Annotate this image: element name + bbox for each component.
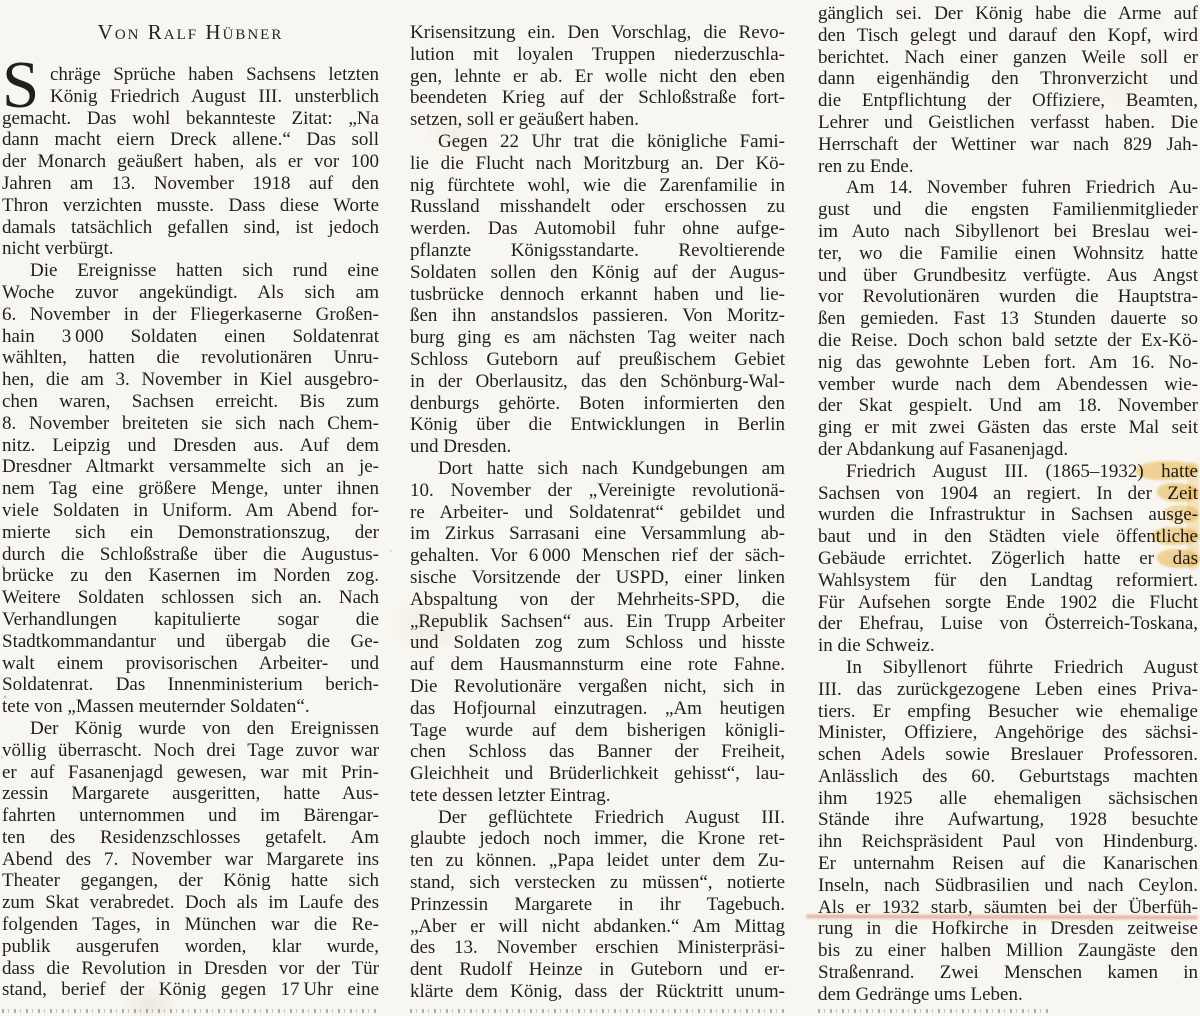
article-column-1: Von Ralf Hübner S chräge Sprüche haben S… bbox=[2, 16, 379, 1001]
text-line: tete dessen letzter Eintrag. bbox=[410, 785, 785, 807]
text-line: Gleichheit und Brüderlichkeit gehisst“, … bbox=[410, 763, 785, 785]
text-line: hen, die am 3. November in Kiel ausgebro… bbox=[2, 369, 379, 391]
text-line: berichtet. Nach einer ganzen Weile soll … bbox=[818, 47, 1198, 69]
text-line: und über Grundbesitz verfügte. Aus Angst bbox=[818, 265, 1198, 287]
text-line: Soldatenrat. Das Innenministerium berich… bbox=[2, 674, 379, 696]
text-line: König über die Entwicklungen in Berlin bbox=[410, 414, 785, 436]
text-line: damals tatsächlich gefallen sind, ist je… bbox=[2, 217, 379, 239]
text-line: Sachsen von 1904 an regiert. In der Zeit bbox=[818, 483, 1198, 505]
text-line: Dresdner Altmarkt versammelte sich an je… bbox=[2, 456, 379, 478]
text-line: Abend des 7. November war Margarete ins bbox=[2, 849, 379, 871]
article-column-2: Krisensitzung ein. Den Vorschlag, die Re… bbox=[410, 22, 785, 1003]
text-line: vember wurde nach dem Abendessen wie- bbox=[818, 374, 1198, 396]
text-line: gust und die engsten Familienmitglieder bbox=[818, 199, 1198, 221]
text-line: In Sibyllenort führte Friedrich August bbox=[818, 657, 1198, 679]
text-line: die Reise. Doch schon bald setzte der Ex… bbox=[818, 330, 1198, 352]
text-line: tete von „Massen meuternder Soldaten“. bbox=[2, 696, 379, 718]
text-line: re Arbeiter- und Soldatenrat“ gebildet u… bbox=[410, 502, 785, 524]
text-line: ter, wo die Familie einen Wohnsitz hatte bbox=[818, 243, 1198, 265]
text-line: in der Oberlausitz, das den Schönburg-Wa… bbox=[410, 371, 785, 393]
text-line: 6. November in der Fliegerkaserne Großen… bbox=[2, 304, 379, 326]
text-line: publik ausgerufen worden, klar wurde, bbox=[2, 936, 379, 958]
text-line: lie die Flucht nach Moritzburg an. Der K… bbox=[410, 153, 785, 175]
text-line: völlig überrascht. Noch drei Tage zuvor … bbox=[2, 740, 379, 762]
text-line: Verhandlungen kapitulierte sogar die bbox=[2, 609, 379, 631]
newspaper-article-scan: Von Ralf Hübner S chräge Sprüche haben S… bbox=[0, 0, 1200, 1016]
text-line: ten zu können. „Papa leidet unter dem Zu… bbox=[410, 850, 785, 872]
text-line: tiers. Er empfing Besucher wie ehemalige bbox=[818, 701, 1198, 723]
text-line: ihm 1925 alle ehemaligen sächsischen bbox=[818, 788, 1198, 810]
text-line: Minister, Offiziere, Angehörige des säch… bbox=[818, 722, 1198, 744]
text-line: und Dresden. bbox=[410, 436, 785, 458]
text-line: er auf Fasanenjagd gewesen, war mit Prin… bbox=[2, 762, 379, 784]
text-line: dann eigenhändig den Thronverzicht und bbox=[818, 68, 1198, 90]
text-line: bis zu einer halben Million Zaungäste de… bbox=[818, 940, 1198, 962]
text-line: Abspaltung von der Mehrheits-SPD, die bbox=[410, 589, 785, 611]
text-line: wurden die Infrastruktur in Sachsen ausg… bbox=[818, 504, 1198, 526]
text-line: Herrschaft der Wettiner war nach 829 Jah… bbox=[818, 134, 1198, 156]
text-line: dem Gedränge ums Leben. bbox=[818, 984, 1198, 1006]
text-line: ging er mit zwei Gästen das erste Mal se… bbox=[818, 417, 1198, 439]
text-line: Tage wurde auf dem bisherigen königli- bbox=[410, 720, 785, 742]
text-line: ßen ihn anstandslos passieren. Von Morit… bbox=[410, 305, 785, 327]
cut-off-text-fragment bbox=[2, 1009, 378, 1013]
text-line: König Friedrich August III. unsterblich bbox=[2, 86, 379, 108]
text-line: burg ging es am nächsten Tag weiter nach bbox=[410, 327, 785, 349]
text-line: nem Tag eine größere Menge, unter ihnen bbox=[2, 478, 379, 500]
text-line: nicht verbürgt. bbox=[2, 238, 379, 260]
text-line: stand, berief der König gegen 17 Uhr ein… bbox=[2, 979, 379, 1001]
text-line: Der geflüchtete Friedrich August III. bbox=[410, 807, 785, 829]
article-column-3: gänglich sei. Der König habe die Arme au… bbox=[818, 3, 1198, 1006]
text-line: wählten, hatten die revolutionären Unru- bbox=[2, 347, 379, 369]
text-line: klärte dem König, dass der Rücktritt unu… bbox=[410, 981, 785, 1003]
cut-off-text-fragment bbox=[818, 1009, 1050, 1013]
text-line: Straßenrand. Zwei Menschen kamen in bbox=[818, 962, 1198, 984]
text-line: Am 14. November fuhren Friedrich Au- bbox=[818, 177, 1198, 199]
text-line: Anlässlich des 60. Geburtstags machten bbox=[818, 766, 1198, 788]
text-line: im Auto nach Sibyllenort bei Breslau wei… bbox=[818, 221, 1198, 243]
cut-off-text-fragment bbox=[410, 1009, 784, 1013]
text-line: 8. November breiteten sie sich nach Chem… bbox=[2, 413, 379, 435]
text-line: Die Ereignisse hatten sich rund eine bbox=[2, 260, 379, 282]
text-line: rung in die Hofkirche in Dresden zeitwei… bbox=[818, 918, 1198, 940]
text-line: tusbrücke dennoch erkannt haben und lie- bbox=[410, 284, 785, 306]
text-line: auf dem Hausmannsturm eine rote Fahne. bbox=[410, 654, 785, 676]
text-line: Friedrich August III. (1865–1932) hatte bbox=[818, 461, 1198, 483]
text-line: Russland misshandelt oder erschossen zu bbox=[410, 196, 785, 218]
text-line: chen Schloss das Banner der Freiheit, bbox=[410, 741, 785, 763]
text-line: dent Rudolf Heinze in Guteborn und er- bbox=[410, 959, 785, 981]
text-line: sische Vorsitzende der USPD, einer linke… bbox=[410, 567, 785, 589]
text-line: ren zu Ende. bbox=[818, 156, 1198, 178]
text-line: der Ehefrau, Luise von Österreich-Toskan… bbox=[818, 613, 1198, 635]
text-line: der Abdankung auf Fasanenjagd. bbox=[818, 439, 1198, 461]
text-line: Dort hatte sich nach Kundgebungen am bbox=[410, 458, 785, 480]
text-line: denburgs gehörte. Boten informierten den bbox=[410, 393, 785, 415]
text-line: Wahlsystem für den Landtag reformiert. bbox=[818, 570, 1198, 592]
text-line: Schloss Guteborn auf preußischem Gebiet bbox=[410, 349, 785, 371]
text-line: den Tisch gelegt und darauf den Kopf, wi… bbox=[818, 25, 1198, 47]
text-line: der Monarch geäußert haben, als er vor 1… bbox=[2, 151, 379, 173]
text-line: chen waren, Sachsen erreicht. Bis zum bbox=[2, 391, 379, 413]
text-line: chräge Sprüche haben Sachsens letzten bbox=[2, 64, 379, 86]
text-line: gen, lehnte er ab. Er wolle nicht den eb… bbox=[410, 66, 785, 88]
text-line: beendeten Krieg auf der Schloßstraße for… bbox=[410, 87, 785, 109]
text-line: Lehrer und Geistlichen verfasst haben. D… bbox=[818, 112, 1198, 134]
text-line: lution mit loyalen Truppen niederzuschla… bbox=[410, 44, 785, 66]
text-line: der Skat gespielt. Und am 18. November bbox=[818, 395, 1198, 417]
text-line: zessin Margarete ausgeritten, hatte Aus- bbox=[2, 783, 379, 805]
text-line: gemacht. Das wohl bekannteste Zitat: „Na bbox=[2, 108, 379, 130]
text-line: ten des Residenzschlosses getafelt. Am bbox=[2, 827, 379, 849]
byline: Von Ralf Hübner bbox=[2, 20, 379, 44]
text-line: Woche zuvor angekündigt. Als sich am bbox=[2, 282, 379, 304]
text-line: glaubte jedoch noch immer, die Krone ret… bbox=[410, 828, 785, 850]
text-line: „Aber er will nicht abdanken.“ Am Mittag bbox=[410, 916, 785, 938]
text-line: nig das gewohnte Leben fort. Am 16. No- bbox=[818, 352, 1198, 374]
text-line: Prinzessin Margarete in ihr Tagebuch. bbox=[410, 894, 785, 916]
text-line: ßen gemieden. Fast 13 Stunden dauerte so bbox=[818, 308, 1198, 330]
text-line: Für Aufsehen sorgte Ende 1902 die Flucht bbox=[818, 592, 1198, 614]
text-line: fahrten unternommen und im Bärengar- bbox=[2, 805, 379, 827]
text-line: baut und in den Städten viele öffentlich… bbox=[818, 526, 1198, 548]
text-line: in die Schweiz. bbox=[818, 635, 1198, 657]
text-line: III. das zurückgezogene Leben eines Priv… bbox=[818, 679, 1198, 701]
text-line: Soldaten sollen den König auf der Augus- bbox=[410, 262, 785, 284]
text-line: Gebäude errichtet. Zögerlich hatte er da… bbox=[818, 548, 1198, 570]
text-line: vor Revolutionären wurden die Hauptstra- bbox=[818, 286, 1198, 308]
text-line: folgenden Tages, in München war die Re- bbox=[2, 914, 379, 936]
text-line: nig fürchtete wohl, wie die Zarenfamilie… bbox=[410, 175, 785, 197]
text-line: stand, sich verstecken zu müssen“, notie… bbox=[410, 872, 785, 894]
text-line: Krisensitzung ein. Den Vorschlag, die Re… bbox=[410, 22, 785, 44]
text-line: Der König wurde von den Ereignissen bbox=[2, 718, 379, 740]
text-line: Jahren am 13. November 1918 auf den bbox=[2, 173, 379, 195]
text-line: die Entpflichtung der Offiziere, Beamten… bbox=[818, 90, 1198, 112]
text-line: Weitere Soldaten schlossen sich an. Nach bbox=[2, 587, 379, 609]
text-line: walt einem provisorischen Arbeiter- und bbox=[2, 653, 379, 675]
text-line: zum Skat verabredet. Doch als im Laufe d… bbox=[2, 892, 379, 914]
text-line: mierte sich ein Demonstrationszug, der bbox=[2, 522, 379, 544]
text-line: pflanzte Königsstandarte. Revoltierende bbox=[410, 240, 785, 262]
text-line: gehalten. Vor 6 000 Menschen rief der sä… bbox=[410, 545, 785, 567]
text-line: viele Soldaten in Uniform. Am Abend for- bbox=[2, 500, 379, 522]
text-line: ihn Reichspräsident Paul von Hindenburg. bbox=[818, 831, 1198, 853]
text-line: werden. Das Automobil fuhr ohne aufge- bbox=[410, 218, 785, 240]
text-line: das Hofjournal einzutragen. „Am heutigen bbox=[410, 698, 785, 720]
text-line: gänglich sei. Der König habe die Arme au… bbox=[818, 3, 1198, 25]
text-line: setzen, soll er geäußert haben. bbox=[410, 109, 785, 131]
text-line: schen Adels sowie Breslauer Professoren. bbox=[818, 744, 1198, 766]
text-line: Gegen 22 Uhr trat die königliche Fami- bbox=[410, 131, 785, 153]
drop-cap: S bbox=[2, 52, 39, 119]
text-line: Stadtkommandantur und übergab die Ge- bbox=[2, 631, 379, 653]
text-line: Theater gegangen, der König hatte sich bbox=[2, 870, 379, 892]
text-line: hain 3 000 Soldaten einen Soldatenrat bbox=[2, 326, 379, 348]
text-line: dass die Revolution in Dresden vor der T… bbox=[2, 958, 379, 980]
text-line: 10. November der „Vereinigte revolutionä… bbox=[410, 480, 785, 502]
text-line: Er unternahm Reisen auf die Kanarischen bbox=[818, 853, 1198, 875]
text-line: Thron verzichten musste. Dass diese Wort… bbox=[2, 195, 379, 217]
text-line: und Soldaten zog zum Schloss und hisste bbox=[410, 632, 785, 654]
text-line: Als er 1932 starb, säumten bei der Überf… bbox=[818, 897, 1198, 919]
text-line: Stände ihre Aufwartung, 1928 besuchte bbox=[818, 809, 1198, 831]
text-line: im Zirkus Sarrasani eine Versammlung ab- bbox=[410, 523, 785, 545]
text-line: durch die Schloßstraße über die Augustus… bbox=[2, 544, 379, 566]
text-line: Inseln, nach Südbrasilien und nach Ceylo… bbox=[818, 875, 1198, 897]
text-line: Die Revolutionäre vergaßen nicht, sich i… bbox=[410, 676, 785, 698]
text-line: „Republik Sachsen“ aus. Ein Trupp Arbeit… bbox=[410, 611, 785, 633]
text-line: nitz. Leipzig und Dresden aus. Auf dem bbox=[2, 435, 379, 457]
text-line: dann macht eiern Dreck allene.“ Das soll bbox=[2, 129, 379, 151]
text-line: des 13. November erschien Ministerpräsi- bbox=[410, 937, 785, 959]
text-line: brücke zu den Kasernen im Norden zog. bbox=[2, 565, 379, 587]
